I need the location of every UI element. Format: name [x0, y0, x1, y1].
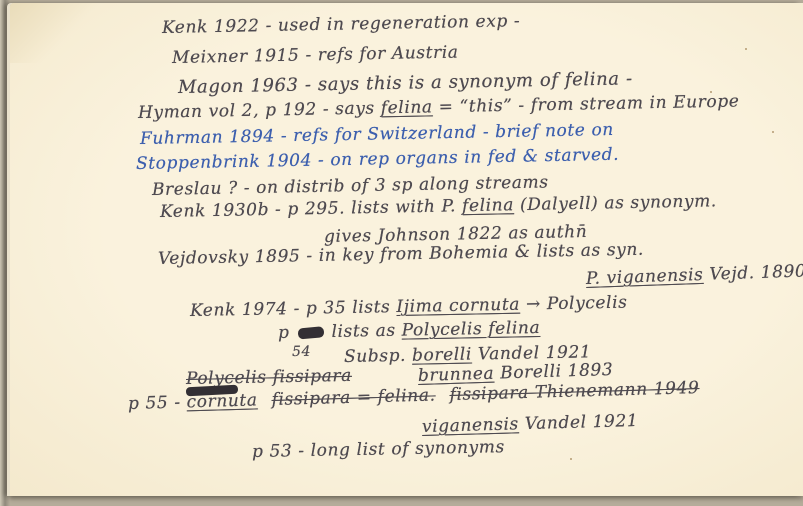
handwritten-correction-page-number: 54	[292, 344, 311, 360]
handwritten-line-vejdovsky-1895: Vejdovsky 1895 - in key from Bohemia & l…	[158, 240, 644, 269]
handwritten-line-stoppenbrink-1904: Stoppenbrink 1904 - on rep organs in fed…	[136, 145, 620, 174]
line-text: Subsp.	[344, 346, 412, 367]
line-text: (Dalyell) as synonym.	[514, 191, 717, 215]
line-text: Kenk 1974 - p 35 lists	[190, 297, 397, 321]
handwritten-line-p53-synonym-list: p 53 - long list of synonyms	[252, 437, 505, 462]
underlined-subspecies-borelli: borelli	[412, 345, 472, 366]
speck-dot	[772, 131, 774, 133]
line-text: Hyman vol 2, p 192 - says	[138, 98, 381, 123]
line-text: Magon 1963 - says this is a synonym of f…	[178, 68, 633, 98]
line-text: 54	[292, 344, 311, 360]
handwritten-line-kenk-1974: Kenk 1974 - p 35 lists Ijima cornuta → P…	[190, 293, 628, 321]
handwritten-line-viganensis-vandel: viganensis Vandel 1921	[422, 411, 639, 437]
underlined-subspecies-brunnea: brunnea	[418, 364, 495, 386]
underlined-species-cornuta: cornuta	[186, 390, 257, 412]
line-text: = “this” - from stream in Europe	[433, 91, 740, 117]
underlined-species-viganensis: viganensis	[422, 414, 519, 437]
line-text: → Polycelis	[520, 293, 628, 315]
index-card: Kenk 1922 - used in regeneration exp - M…	[10, 3, 803, 496]
handwritten-line-meixner-1915: Meixner 1915 - refs for Austria	[172, 42, 459, 67]
underlined-species-ijima-cornuta: Ijima cornuta	[396, 295, 520, 317]
struck-text-fissipara-felina: fissipara = felina.	[271, 385, 436, 410]
handwritten-line-kenk-1922: Kenk 1922 - used in regeneration exp -	[162, 11, 521, 38]
line-text: p	[278, 323, 296, 343]
line-text: Kenk 1930b - p 295. lists with P.	[160, 196, 462, 222]
handwritten-line-fuhrman-1894: Fuhrman 1894 - refs for Switzerland - br…	[140, 120, 614, 149]
line-text: p 55 -	[128, 392, 187, 414]
speck-dot	[570, 458, 572, 460]
line-text: p 53 - long list of synonyms	[252, 437, 505, 462]
line-text: Vandel 1921	[519, 411, 639, 434]
line-text: Kenk 1922 - used in regeneration exp -	[162, 11, 521, 38]
underlined-species-viganensis: P. viganensis	[586, 265, 704, 289]
line-text: lists as	[325, 321, 402, 342]
line-text: Meixner 1915 - refs for Austria	[172, 42, 459, 67]
underlined-species-felina: felina	[462, 195, 514, 216]
speck-dot	[745, 48, 747, 50]
handwritten-line-magon-1963: Magon 1963 - says this is a synonym of f…	[178, 68, 633, 98]
underlined-species-polycelis-felina: Polycelis felina	[402, 318, 541, 341]
ink-scribble-crossed-number	[297, 326, 324, 339]
line-text: Stoppenbrink 1904 - on rep organs in fed…	[136, 145, 620, 174]
line-text: Vejd. 1890	[703, 261, 803, 285]
line-text: Fuhrman 1894 - refs for Switzerland - br…	[140, 120, 614, 149]
handwritten-line-viganensis-vejd: P. viganensis Vejd. 1890	[586, 261, 803, 289]
handwritten-line-page-lists-polycelis-felina: p lists as Polycelis felina	[278, 318, 541, 343]
line-text: Vejdovsky 1895 - in key from Bohemia & l…	[158, 240, 644, 269]
underlined-species-felina: felina	[381, 97, 433, 118]
